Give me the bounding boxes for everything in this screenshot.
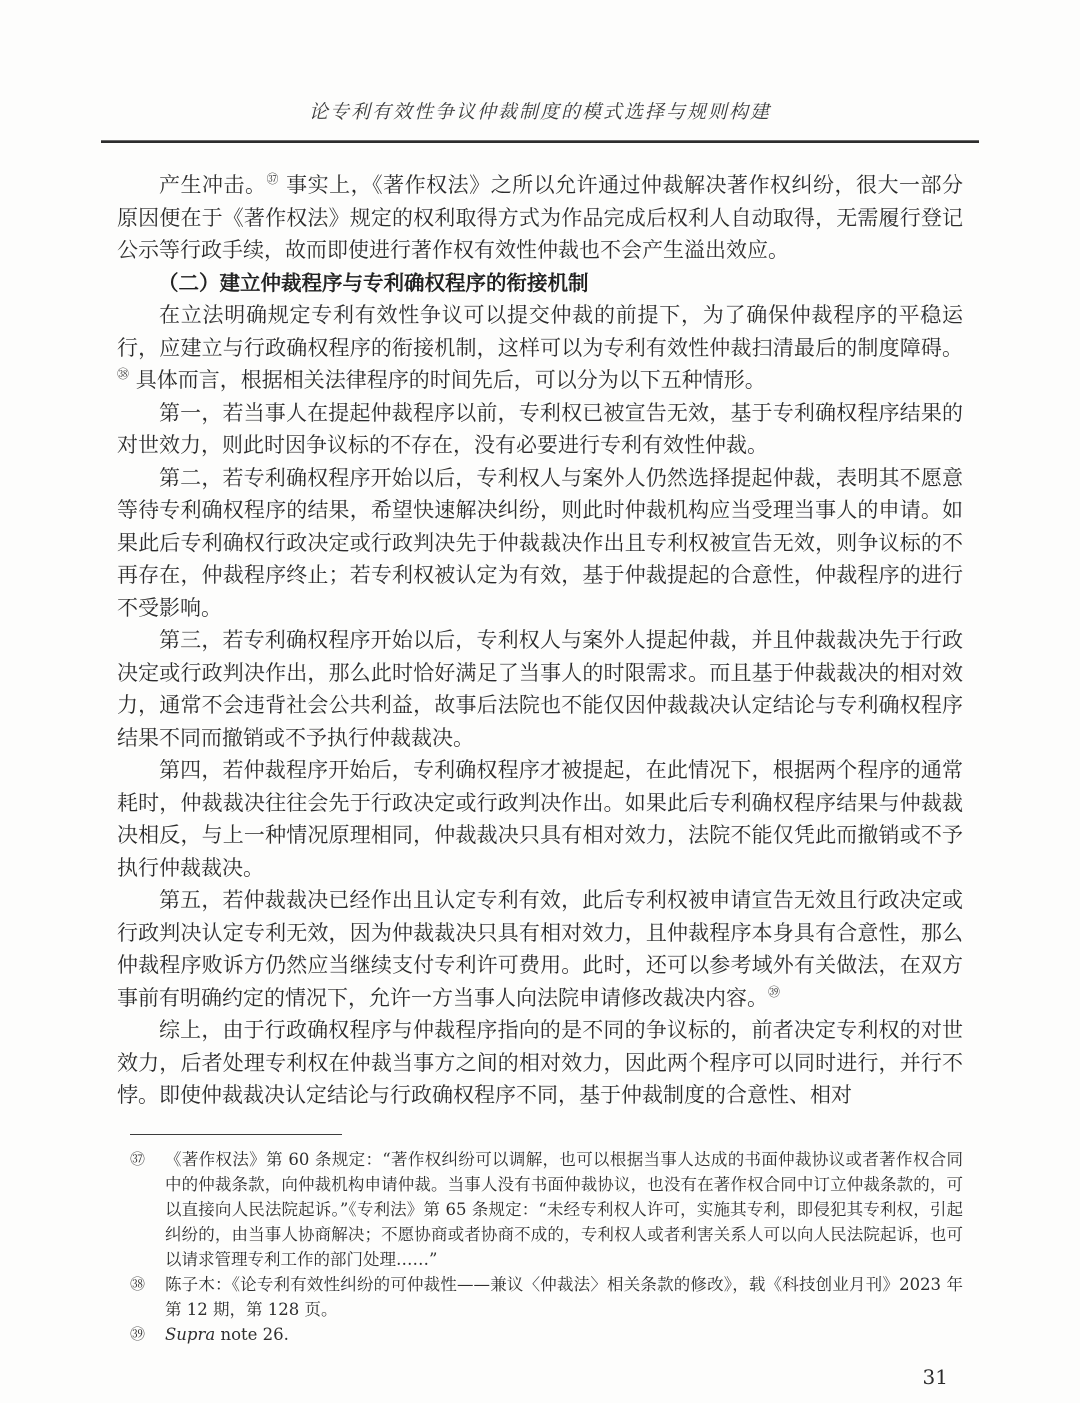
paragraph-6: 第四，若仲裁程序开始后，专利确权程序才被提起，在此情况下，根据两个程序的通常耗时… bbox=[117, 754, 963, 884]
paragraph-1-text: 产生冲击。 bbox=[159, 173, 266, 197]
paragraph-1: 产生冲击。㊲ 事实上，《著作权法》之所以允许通过仲裁解决著作权纠纷，很大一部分原… bbox=[117, 169, 963, 267]
footnote-39: ㊴ Supra note 26. bbox=[117, 1322, 963, 1347]
paragraph-2-text: 在立法明确规定专利有效性争议可以提交仲裁的前提下，为了确保仲裁程序的平稳运行，应… bbox=[117, 303, 963, 360]
footnote-ref-37: ㊲ bbox=[266, 172, 279, 186]
section-heading: （二）建立仲裁程序与专利确权程序的衔接机制 bbox=[117, 267, 963, 300]
footnote-38-marker: ㊳ bbox=[130, 1272, 165, 1322]
footnote-38: ㊳ 陈子木：《论专利有效性纠纷的可仲裁性——兼议〈仲裁法〉相关条款的修改》，载《… bbox=[117, 1272, 963, 1322]
footnote-37-text: 《著作权法》第 60 条规定：“著作权纠纷可以调解，也可以根据当事人达成的书面仲… bbox=[165, 1147, 963, 1272]
footnote-39-supra: Supra bbox=[165, 1325, 215, 1344]
footnote-ref-39: ㊴ bbox=[768, 985, 780, 999]
page-number: 31 bbox=[923, 1365, 948, 1389]
paragraph-4: 第二，若专利确权程序开始以后，专利权人与案外人仍然选择提起仲裁，表明其不愿意等待… bbox=[117, 462, 963, 625]
footnote-37: ㊲ 《著作权法》第 60 条规定：“著作权纠纷可以调解，也可以根据当事人达成的书… bbox=[117, 1147, 963, 1272]
paragraph-8: 综上，由于行政确权程序与仲裁程序指向的是不同的争议标的，前者决定专利权的对世效力… bbox=[117, 1014, 963, 1112]
footnote-39-rest: note 26. bbox=[215, 1325, 289, 1344]
paragraph-7-text: 第五，若仲裁裁决已经作出且认定专利有效，此后专利权被申请宣告无效且行政决定或行政… bbox=[117, 888, 963, 1010]
paragraph-3: 第一，若当事人在提起仲裁程序以前，专利权已被宣告无效，基于专利确权程序结果的对世… bbox=[117, 397, 963, 462]
footnote-38-text: 陈子木：《论专利有效性纠纷的可仲裁性——兼议〈仲裁法〉相关条款的修改》，载《科技… bbox=[165, 1272, 963, 1322]
body-text: 产生冲击。㊲ 事实上，《著作权法》之所以允许通过仲裁解决著作权纠纷，很大一部分原… bbox=[117, 169, 963, 1112]
running-header-title: 论专利有效性争议仲裁制度的模式选择与规则构建 bbox=[0, 0, 1080, 124]
footnote-separator-rule bbox=[130, 1134, 342, 1136]
paragraph-2-text-cont: 具体而言，根据相关法律程序的时间先后，可以分为以下五种情形。 bbox=[129, 368, 766, 392]
paragraph-2: 在立法明确规定专利有效性争议可以提交仲裁的前提下，为了确保仲裁程序的平稳运行，应… bbox=[117, 299, 963, 397]
footnote-39-text: Supra note 26. bbox=[165, 1322, 963, 1347]
paragraph-7: 第五，若仲裁裁决已经作出且认定专利有效，此后专利权被申请宣告无效且行政决定或行政… bbox=[117, 884, 963, 1014]
header-rule bbox=[101, 140, 979, 143]
footnote-area: ㊲ 《著作权法》第 60 条规定：“著作权纠纷可以调解，也可以根据当事人达成的书… bbox=[117, 1134, 963, 1348]
document-page: 论专利有效性争议仲裁制度的模式选择与规则构建 产生冲击。㊲ 事实上，《著作权法》… bbox=[0, 0, 1080, 1403]
footnote-39-marker: ㊴ bbox=[130, 1322, 165, 1347]
paragraph-5: 第三，若专利确权程序开始以后，专利权人与案外人提起仲裁，并且仲裁裁决先于行政决定… bbox=[117, 624, 963, 754]
footnote-37-marker: ㊲ bbox=[130, 1147, 165, 1272]
footnote-ref-38: ㊳ bbox=[117, 367, 129, 381]
